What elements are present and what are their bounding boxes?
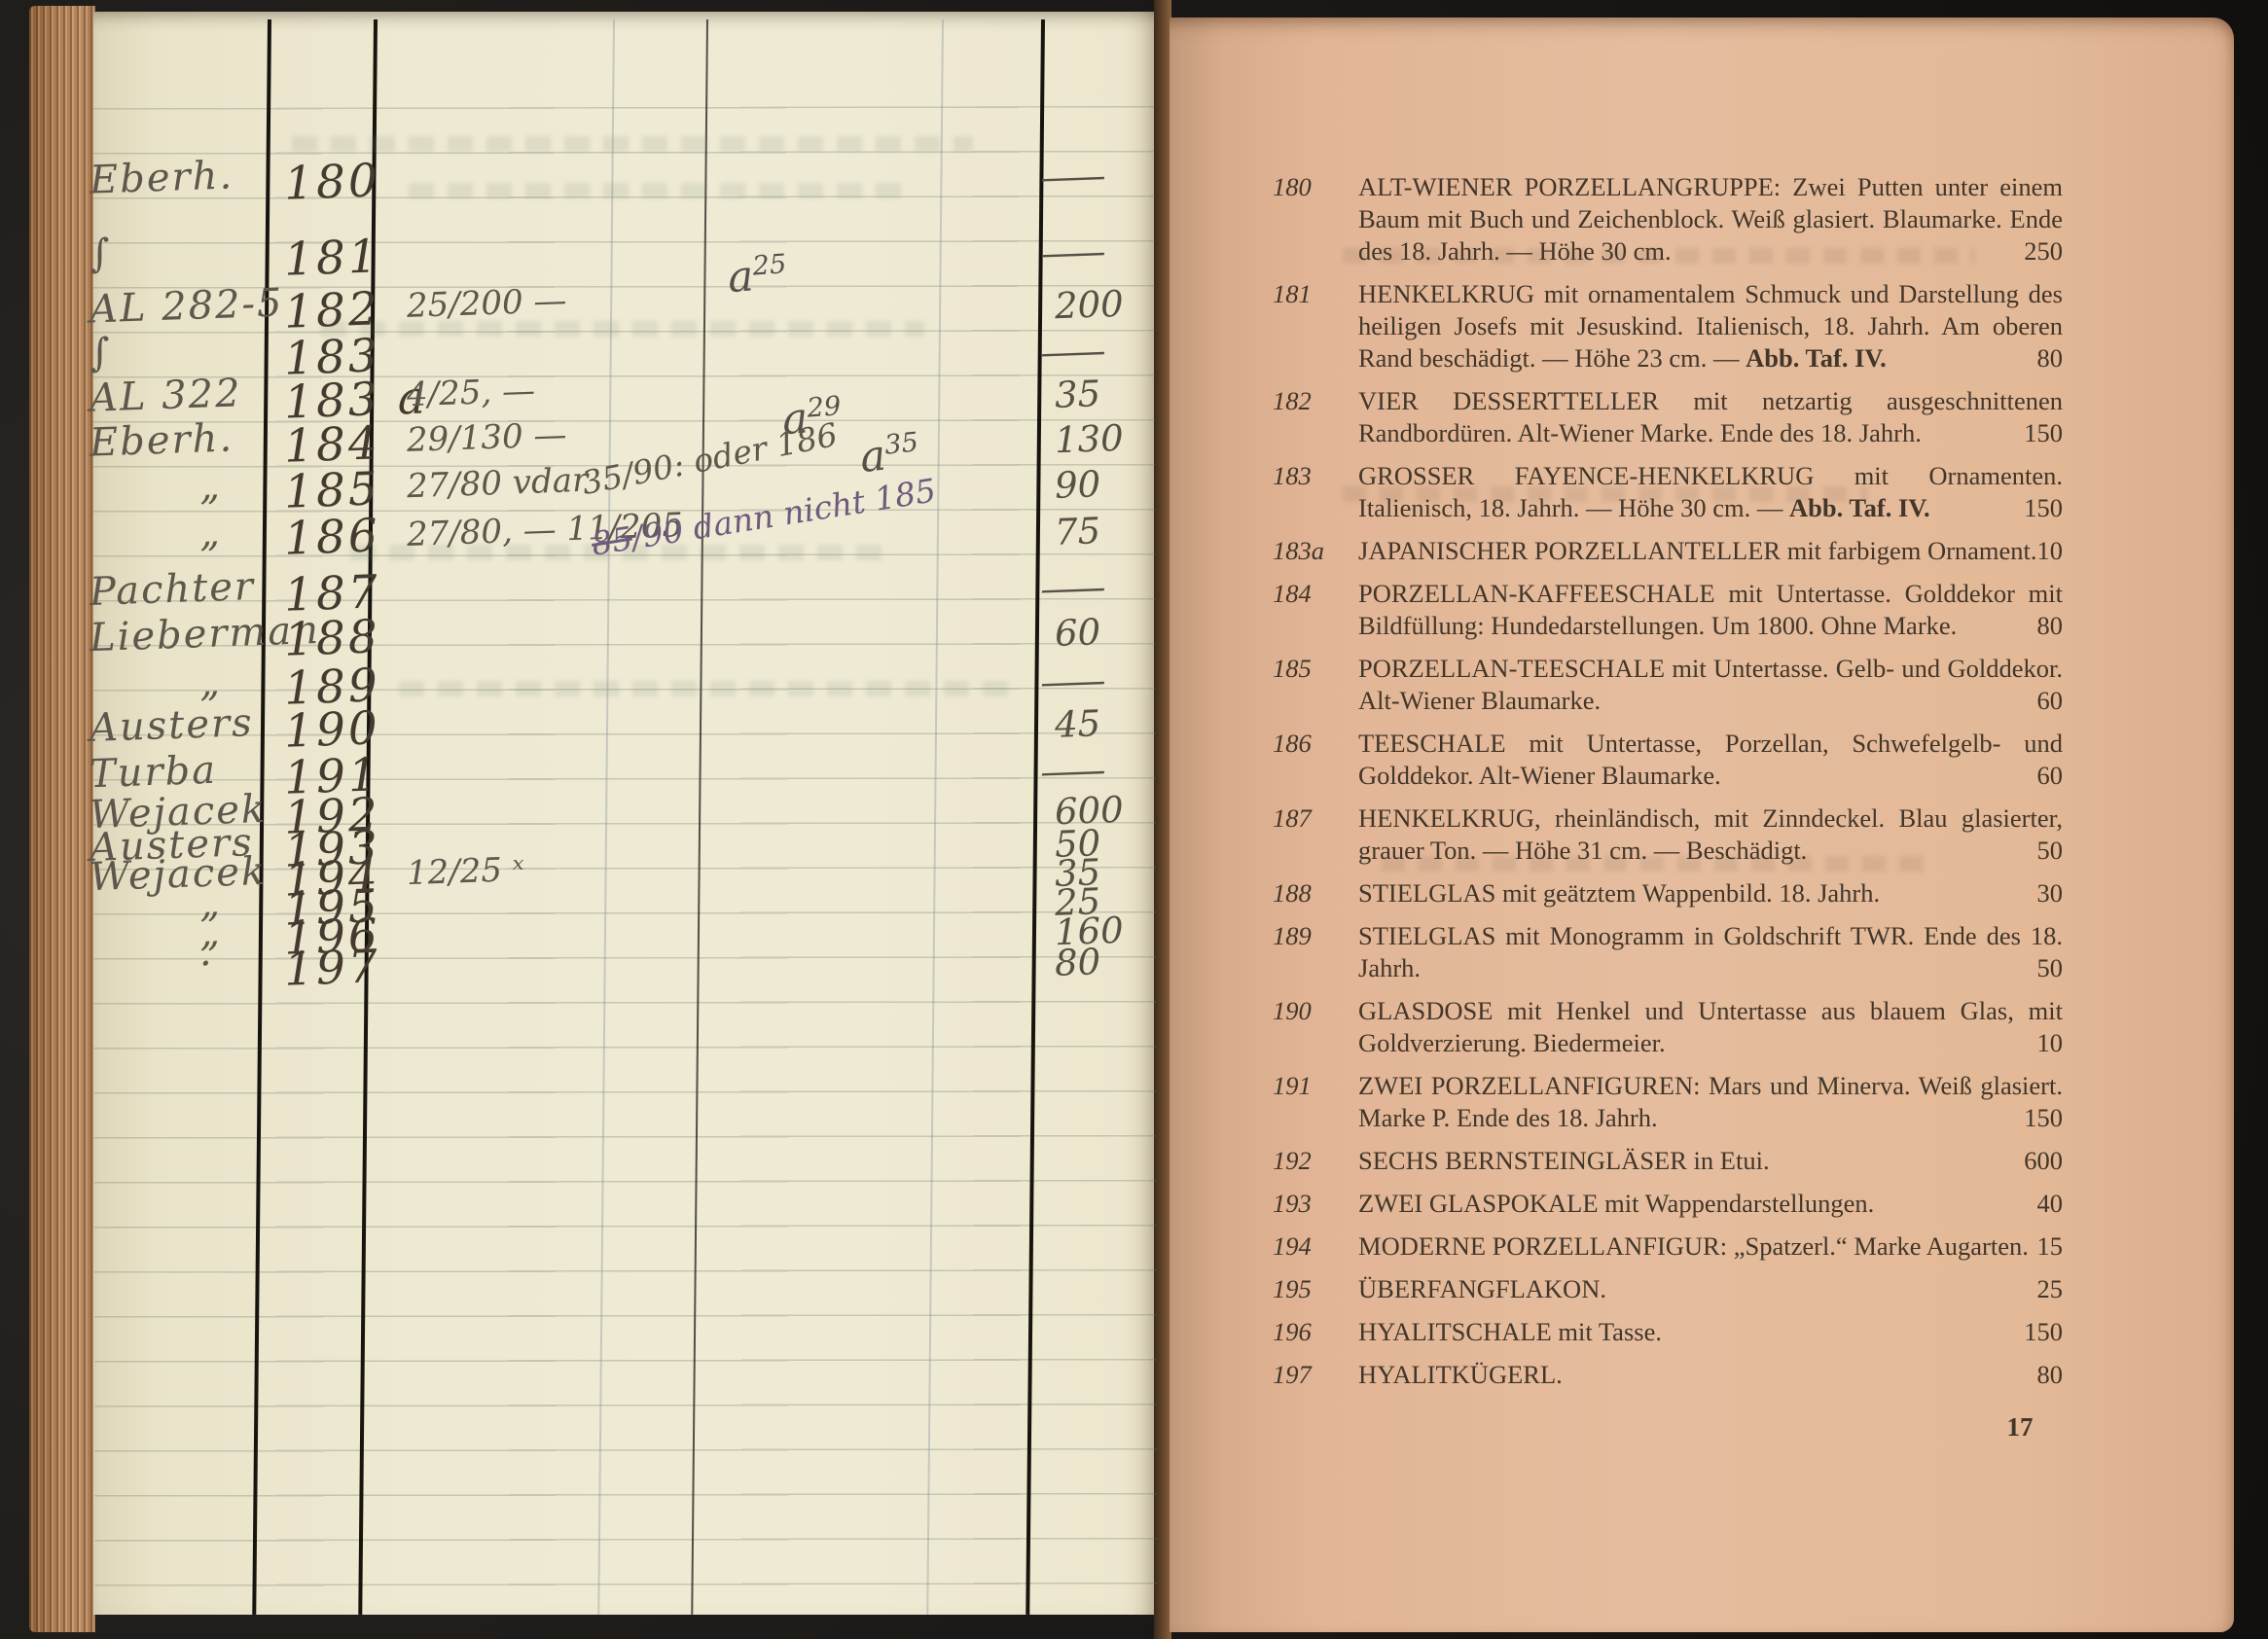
lot-number: 192 [1273, 1145, 1312, 1177]
lot-description: GLASDOSE mit Henkel und Untertasse aus b… [1358, 996, 2063, 1057]
hammer-price: — [1036, 330, 1110, 374]
ledger-annotation: a25 [726, 249, 788, 303]
lot-number: 196 [1273, 1316, 1312, 1348]
hammer-price: 200 [1054, 283, 1124, 327]
estimate-price: 60 [2037, 760, 2064, 792]
buyer-name: ∫ [89, 232, 112, 277]
estimate-price: 50 [2037, 835, 2064, 867]
lot-description: SECHS BERNSTEINGLÄSER in Etui. [1358, 1146, 1770, 1175]
hammer-price: 130 [1054, 417, 1124, 461]
lot-number: 180 [1273, 171, 1312, 203]
hammer-price: 45 [1054, 702, 1101, 746]
lot-number: 182 [1273, 385, 1312, 417]
catalog-entry: 195 ÜBERFANGFLAKON. 25 [1273, 1273, 2063, 1305]
lot-description: MODERNE PORZELLANFIGUR: „Spatzerl.“ Mark… [1358, 1231, 2029, 1261]
buyer-name: · [198, 942, 214, 986]
buyer-name: AL 282-5 [89, 281, 284, 333]
hammer-price: 75 [1054, 510, 1101, 553]
catalog-entry: 196 HYALITSCHALE mit Tasse. 150 [1273, 1316, 2063, 1348]
buyer-name: „ [198, 464, 222, 510]
lot-number: 194 [1273, 1230, 1312, 1263]
catalog-entry: 183a JAPANISCHER PORZELLANTELLER mit far… [1273, 535, 2063, 567]
hammer-price: — [1036, 659, 1110, 703]
catalog-entry: 194 MODERNE PORZELLANFIGUR: „Spatzerl.“ … [1273, 1230, 2063, 1263]
estimate-price: 150 [2024, 492, 2063, 524]
catalog-entry: 181 HENKELKRUG mit ornamentalem Schmuck … [1273, 278, 2063, 374]
lot-number: 183a [1273, 535, 1324, 567]
page-number: 17 [1991, 1412, 2049, 1443]
book-page-edges [29, 6, 95, 1632]
bid-note: 27/80 vdar [406, 461, 589, 506]
catalog-entry: 191 ZWEI PORZELLANFIGUREN: Mars und Mine… [1273, 1070, 2063, 1134]
catalog-entry: 189 STIELGLAS mit Monogramm in Goldschri… [1273, 920, 2063, 984]
catalog-entries: 180 ALT-WIENER PORZELLANGRUPPE: Zwei Put… [1273, 171, 2063, 1402]
estimate-price: 150 [2024, 1316, 2063, 1348]
lot-description: JAPANISCHER PORZELLANTELLER mit farbigem… [1358, 536, 2037, 565]
lot-number: 193 [1273, 1188, 1312, 1220]
lot-number-handwritten: 180 [283, 154, 381, 210]
hammer-price: — [1036, 155, 1110, 198]
buyer-name: Eberh. [89, 415, 234, 465]
lot-number-handwritten: 197 [283, 940, 381, 996]
lot-description: HYALITSCHALE mit Tasse. [1358, 1317, 1662, 1346]
catalog-entry: 184 PORZELLAN-KAFFEESCHALE mit Untertass… [1273, 578, 2063, 642]
catalog-entry: 188 STIELGLAS mit geätztem Wappenbild. 1… [1273, 877, 2063, 909]
lot-description: ZWEI PORZELLANFIGUREN: Mars und Minerva.… [1358, 1071, 2063, 1132]
estimate-price: 600 [2024, 1145, 2063, 1177]
estimate-price: 40 [2037, 1188, 2064, 1220]
hammer-price: — [1036, 231, 1110, 274]
lot-description: ZWEI GLASPOKALE mit Wappendarstellungen. [1358, 1189, 1874, 1218]
lot-description: STIELGLAS mit Monogramm in Goldschrift T… [1358, 921, 2063, 982]
hammer-price: 60 [1054, 611, 1101, 655]
lot-description: ÜBERFANGFLAKON. [1358, 1274, 1606, 1303]
bleedthrough [399, 681, 1022, 696]
buyer-name: Pachter [89, 564, 256, 615]
lot-description: GROSSER FAYENCE-HENKELKRUG mit Ornamente… [1358, 461, 2063, 522]
estimate-price: 30 [2037, 877, 2064, 909]
estimate-price: 80 [2037, 1359, 2064, 1391]
catalog-entry: 197 HYALITKÜGERL. 80 [1273, 1359, 2063, 1391]
lot-number: 188 [1273, 877, 1312, 909]
lot-description: PORZELLAN-TEESCHALE mit Untertasse. Gelb… [1358, 654, 2063, 715]
hammer-price: — [1036, 749, 1110, 793]
bid-note: 25/200 — [406, 281, 567, 326]
lot-number-handwritten: 181 [283, 230, 381, 286]
lot-number: 197 [1273, 1359, 1312, 1391]
catalog-entry: 193 ZWEI GLASPOKALE mit Wappendarstellun… [1273, 1188, 2063, 1220]
hammer-price: — [1036, 566, 1110, 610]
catalog-entry: 185 PORZELLAN-TEESCHALE mit Untertasse. … [1273, 653, 2063, 717]
bleedthrough [409, 183, 915, 198]
lot-description: ALT-WIENER PORZELLANGRUPPE: Zwei Putten … [1358, 172, 2063, 266]
catalog-entry: 187 HENKELKRUG, rheinländisch, mit Zinnd… [1273, 802, 2063, 867]
estimate-price: 60 [2037, 685, 2064, 717]
buyer-name: „ [198, 511, 222, 556]
lot-number: 181 [1273, 278, 1312, 310]
bleedthrough [292, 136, 973, 152]
buyer-name: „ [198, 660, 222, 706]
catalog-entry: 186 TEESCHALE mit Untertasse, Porzellan,… [1273, 728, 2063, 792]
lot-number: 184 [1273, 578, 1312, 610]
buyer-name: Austers [89, 700, 254, 751]
catalog-entry: 182 VIER DESSERTTELLER mit netzartig aus… [1273, 385, 2063, 449]
hammer-price: 80 [1054, 941, 1101, 984]
buyer-name: ∫ [89, 331, 112, 376]
bid-note: 12/25 ˣ [406, 850, 524, 893]
catalog-entry: 190 GLASDOSE mit Henkel und Untertasse a… [1273, 995, 2063, 1059]
catalog-entry: 192 SECHS BERNSTEINGLÄSER in Etui. 600 [1273, 1145, 2063, 1177]
lot-number: 187 [1273, 802, 1312, 835]
lot-description: HENKELKRUG mit ornamentalem Schmuck und … [1358, 279, 2063, 373]
estimate-price: 10 [2037, 1027, 2064, 1059]
lot-number: 183 [1273, 460, 1312, 492]
bid-note: 29/130 — [406, 415, 567, 460]
book-scan: Eberh. 180 — ∫ 181 — AL 282-5 182 25/200… [0, 0, 2268, 1639]
lot-number: 195 [1273, 1273, 1312, 1305]
estimate-price: 150 [2024, 1102, 2063, 1134]
lot-number: 189 [1273, 920, 1312, 952]
lot-description: HYALITKÜGERL. [1358, 1360, 1563, 1389]
hammer-price: 90 [1054, 463, 1101, 507]
estimate-price: 80 [2037, 342, 2064, 374]
lot-number: 190 [1273, 995, 1312, 1027]
bid-note: 4/25, — [406, 372, 535, 415]
buyer-name: AL 322 [89, 371, 242, 420]
lot-description: PORZELLAN-KAFFEESCHALE mit Untertasse. G… [1358, 579, 2063, 640]
estimate-price: 10 [2037, 535, 2064, 567]
lot-description: HENKELKRUG, rheinländisch, mit Zinndecke… [1358, 803, 2063, 865]
lot-number-handwritten: 186 [283, 509, 381, 565]
lot-number: 191 [1273, 1070, 1312, 1102]
lot-description: VIER DESSERTTELLER mit netzartig ausgesc… [1358, 386, 2063, 447]
estimate-price: 15 [2037, 1230, 2064, 1263]
hammer-price: 35 [1054, 373, 1101, 416]
estimate-price: 150 [2024, 417, 2063, 449]
buyer-name: Wejacek [89, 849, 268, 900]
lot-number: 185 [1273, 653, 1312, 685]
lot-description: TEESCHALE mit Untertasse, Porzellan, Sch… [1358, 729, 2063, 790]
estimate-price: 250 [2024, 235, 2063, 267]
catalog-entry: 183 GROSSER FAYENCE-HENKELKRUG mit Ornam… [1273, 460, 2063, 524]
estimate-price: 80 [2037, 610, 2064, 642]
estimate-price: 25 [2037, 1273, 2064, 1305]
catalog-entry: 180 ALT-WIENER PORZELLANGRUPPE: Zwei Put… [1273, 171, 2063, 267]
lot-number: 186 [1273, 728, 1312, 760]
estimate-price: 50 [2037, 952, 2064, 984]
buyer-name: Eberh. [89, 153, 234, 202]
lot-description: STIELGLAS mit geätztem Wappenbild. 18. J… [1358, 878, 1880, 908]
